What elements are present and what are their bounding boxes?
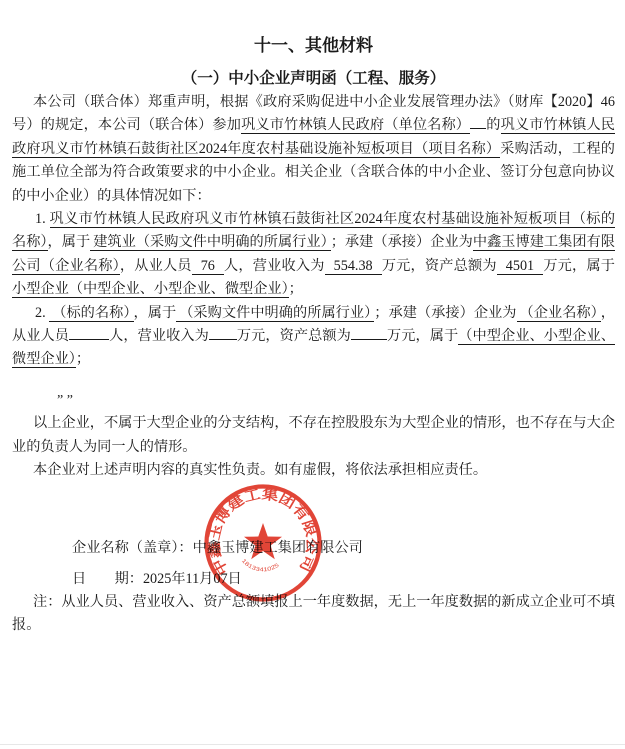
document-content: 十一、其他材料 （一）中小企业声明函（工程、服务） 本公司（联合体）郑重声明，根… bbox=[0, 34, 625, 637]
responsibility-paragraph: 本企业对上述声明内容的真实性负责。如有虚假，将依法承担相应责任。 bbox=[12, 459, 615, 482]
blank-underline bbox=[209, 326, 237, 340]
company-seal-line: 企业名称（盖章）：中鑫玉博建工集团有限公司 bbox=[72, 537, 615, 560]
page-subtitle: （一）中小企业声明函（工程、服务） bbox=[12, 66, 615, 91]
item-text: ； bbox=[76, 351, 90, 367]
no-branch-paragraph: 以上企业，不属于大型企业的分支结构，不存在控股股东为大型企业的情形，也不存在与大… bbox=[12, 412, 615, 459]
item-text: ；承建（承接）企业为 bbox=[374, 305, 516, 321]
item-text: ，属于 bbox=[134, 305, 177, 321]
blank-underline bbox=[351, 326, 387, 340]
revenue-underlined: 554.38 bbox=[325, 258, 382, 275]
industry-underlined: 建筑业（采购文件中明确的所属行业） bbox=[90, 234, 331, 251]
blank-underline bbox=[69, 326, 109, 340]
blank-underline bbox=[470, 115, 486, 129]
item-text: 万元，属于 bbox=[543, 258, 615, 274]
item-text: ； bbox=[289, 281, 303, 297]
staff-count-underlined: 76 bbox=[192, 258, 224, 275]
subject-name-underlined: （标的名称） bbox=[49, 305, 133, 322]
enterprise-item-1: 1. 巩义市竹林镇人民政府巩义市竹林镇石鼓街社区2024年度农村基础设施补短板项… bbox=[12, 208, 615, 302]
ellipsis-marks: ” ” bbox=[12, 389, 615, 412]
item-text: 万元，属于 bbox=[387, 328, 458, 344]
item-text: ，从业人员 bbox=[120, 258, 192, 274]
date-line: 日 期：2025年11月07日 bbox=[72, 568, 615, 591]
company-name-underlined: （企业名称） bbox=[517, 305, 601, 322]
item-number: 1. bbox=[35, 211, 50, 227]
declaration-intro-paragraph: 本公司（联合体）郑重声明，根据《政府采购促进中小企业发展管理办法》（财库【202… bbox=[12, 91, 615, 208]
industry-underlined: （采购文件中明确的所属行业） bbox=[176, 305, 374, 322]
intro-text: 的 bbox=[486, 117, 500, 133]
assets-underlined: 4501 bbox=[497, 258, 543, 275]
purchaser-name-underlined: 巩义市竹林镇人民政府（单位名称） bbox=[241, 117, 470, 134]
item-text: 为 bbox=[482, 258, 496, 274]
item-text: 人，营业收入为 bbox=[224, 258, 325, 274]
item-text: ；承建（承接）企业为 bbox=[331, 234, 473, 250]
item-text: 人，营业收入为 bbox=[109, 328, 209, 344]
item-number: 2. bbox=[35, 305, 49, 321]
footnote-paragraph: 注：从业人员、营业收入、资产总额填报上一年度数据，无上一年度数据的新成立企业可不… bbox=[12, 591, 615, 638]
page-bottom-divider bbox=[0, 744, 625, 745]
page-title: 十一、其他材料 bbox=[12, 34, 615, 58]
item-text: 万元，资产总额 bbox=[382, 258, 483, 274]
item-text: 万元，资产总额为 bbox=[237, 328, 351, 344]
item-text: ，属于 bbox=[48, 234, 91, 250]
enterprise-item-2: 2. （标的名称），属于（采购文件中明确的所属行业）；承建（承接）企业为（企业名… bbox=[12, 302, 615, 372]
enterprise-type-underlined: 小型企业（中型企业、小型企业、微型企业） bbox=[12, 281, 289, 298]
signature-block: 企业名称（盖章）：中鑫玉博建工集团有限公司 日 期：2025年11月07日 bbox=[72, 537, 615, 591]
document-page: 十一、其他材料 （一）中小企业声明函（工程、服务） 本公司（联合体）郑重声明，根… bbox=[0, 0, 625, 749]
